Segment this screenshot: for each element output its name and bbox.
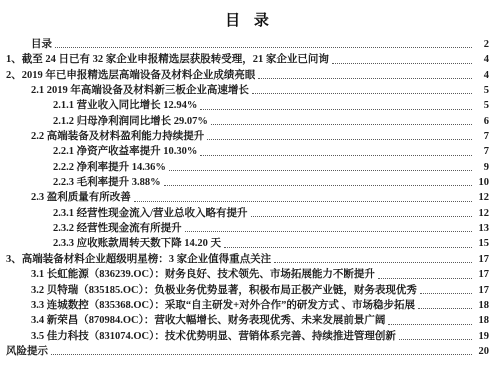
toc-entry-page-number: 17 bbox=[475, 254, 489, 265]
dot-leader bbox=[207, 139, 472, 140]
toc-entry[interactable]: 2.3.3 应收账款周转天数下降 14.20 天15 bbox=[6, 235, 489, 250]
dot-leader bbox=[200, 155, 472, 156]
toc-entry-page-number: 20 bbox=[475, 346, 489, 357]
toc-entry[interactable]: 2.1 2019 年高端设备及材料新三板企业高速增长5 bbox=[6, 82, 489, 97]
toc-entry-page-number: 15 bbox=[475, 238, 489, 249]
toc-entry-page-number: 6 bbox=[475, 116, 489, 127]
toc-entry-page-number: 5 bbox=[475, 85, 489, 96]
toc-entry[interactable]: 3、高端装备材料企业超级明星榜：3 家企业值得重点关注17 bbox=[6, 251, 489, 266]
toc-entry-label: 3.3 连城数控（835368.OC）：采取“自主研发+对外合作”的研发方式 、… bbox=[31, 297, 415, 312]
toc-entry-label: 2.3 盈利质量有所改善 bbox=[31, 189, 131, 204]
toc-entry[interactable]: 2.3.2 经营性现金流有所提升13 bbox=[6, 220, 489, 235]
toc-entry[interactable]: 2.2.1 净资产收益率提升 10.30%7 bbox=[6, 143, 489, 158]
toc-entry-page-number: 7 bbox=[475, 146, 489, 157]
toc-entry-label: 目录 bbox=[31, 36, 52, 51]
toc-entry-page-number: 12 bbox=[475, 208, 489, 219]
toc-entry-label: 2.3.3 应收账款周转天数下降 14.20 天 bbox=[53, 235, 221, 250]
dot-leader bbox=[134, 201, 472, 202]
toc-entry[interactable]: 3.2 贝特瑞（835185.OC）：负极业务优势显著，积极布局正极产业链，财务… bbox=[6, 282, 489, 297]
toc-entry[interactable]: 3.4 新荣昌（870984.OC）：营收大幅增长、财务表现优秀、未来发展前景广… bbox=[6, 312, 489, 327]
toc-entry[interactable]: 目录2 bbox=[6, 36, 489, 51]
toc-entry[interactable]: 风险提示20 bbox=[6, 343, 489, 358]
toc-entry[interactable]: 2.2.3 毛利率提升 3.88%10 bbox=[6, 174, 489, 189]
dot-leader bbox=[211, 124, 472, 125]
toc-entry-label: 2.1.2 归母净利润同比增长 29.07% bbox=[53, 113, 208, 128]
toc-entry-label: 2.2.2 净利率提升 14.36% bbox=[53, 159, 166, 174]
toc-entry-page-number: 9 bbox=[475, 162, 489, 173]
toc-entry-label: 3.2 贝特瑞（835185.OC）：负极业务优势显著，积极布局正极产业链，财务… bbox=[31, 282, 417, 297]
toc-entry-page-number: 17 bbox=[475, 285, 489, 296]
dot-leader bbox=[185, 231, 472, 232]
toc-entry-label: 2.1.1 营业收入同比增长 12.94% bbox=[53, 97, 197, 112]
dot-leader bbox=[251, 216, 472, 217]
dot-leader bbox=[51, 354, 472, 355]
toc-entry-page-number: 10 bbox=[475, 177, 489, 188]
toc-entry-label: 3.5 佳力科技（831074.OC）：技术优势明显、营销体系完善、持续推进管理… bbox=[31, 328, 396, 343]
dot-leader bbox=[378, 278, 472, 279]
toc-entry[interactable]: 2.3 盈利质量有所改善12 bbox=[6, 189, 489, 204]
dot-leader bbox=[200, 109, 472, 110]
toc-entry[interactable]: 2.3.1 经营性现金流入/营业总收入略有提升12 bbox=[6, 205, 489, 220]
toc-entry[interactable]: 2.2.2 净利率提升 14.36%9 bbox=[6, 159, 489, 174]
toc-entry-label: 2.2 高端装备及材料盈利能力持续提升 bbox=[31, 128, 204, 143]
toc-entry-label: 风险提示 bbox=[6, 343, 48, 358]
toc-entry-label: 1、截至 24 日已有 32 家企业申报精选层获股转受理，21 家企业已问询 bbox=[6, 51, 329, 66]
dot-leader bbox=[388, 324, 472, 325]
toc-entry[interactable]: 2.1.1 营业收入同比增长 12.94%5 bbox=[6, 97, 489, 112]
toc-entry-page-number: 18 bbox=[475, 300, 489, 311]
dot-leader bbox=[55, 47, 472, 48]
toc-entry[interactable]: 1、截至 24 日已有 32 家企业申报精选层获股转受理，21 家企业已问询4 bbox=[6, 51, 489, 66]
toc-list: 目录21、截至 24 日已有 32 家企业申报精选层获股转受理，21 家企业已问… bbox=[0, 36, 499, 358]
dot-leader bbox=[169, 170, 472, 171]
toc-entry-label: 3.1 长虹能源（836239.OC）：财务良好、技术领先、市场拓展能力不断提升 bbox=[31, 266, 375, 281]
toc-entry-label: 2.2.1 净资产收益率提升 10.30% bbox=[53, 143, 197, 158]
toc-entry-label: 3、高端装备材料企业超级明星榜：3 家企业值得重点关注 bbox=[6, 251, 271, 266]
toc-entry[interactable]: 2.2 高端装备及材料盈利能力持续提升7 bbox=[6, 128, 489, 143]
toc-page: 目 录 目录21、截至 24 日已有 32 家企业申报精选层获股转受理，21 家… bbox=[0, 0, 499, 381]
toc-entry-label: 2.1 2019 年高端设备及材料新三板企业高速增长 bbox=[31, 82, 249, 97]
dot-leader bbox=[258, 78, 472, 79]
toc-entry-label: 2.3.2 经营性现金流有所提升 bbox=[53, 220, 182, 235]
toc-entry-label: 3.4 新荣昌（870984.OC）：营收大幅增长、财务表现优秀、未来发展前景广… bbox=[31, 312, 385, 327]
toc-entry-label: 2、2019 年已申报精选层高端设备及材料企业成绩亮眼 bbox=[6, 67, 255, 82]
page-title: 目 录 bbox=[0, 9, 499, 30]
dot-leader bbox=[332, 63, 472, 64]
toc-entry-page-number: 13 bbox=[475, 223, 489, 234]
toc-entry-page-number: 17 bbox=[475, 269, 489, 280]
dot-leader bbox=[420, 293, 472, 294]
dot-leader bbox=[224, 247, 472, 248]
toc-entry-page-number: 2 bbox=[475, 39, 489, 50]
toc-entry-page-number: 7 bbox=[475, 131, 489, 142]
toc-entry[interactable]: 2、2019 年已申报精选层高端设备及材料企业成绩亮眼4 bbox=[6, 67, 489, 82]
toc-entry[interactable]: 2.1.2 归母净利润同比增长 29.07%6 bbox=[6, 113, 489, 128]
toc-entry-label: 2.2.3 毛利率提升 3.88% bbox=[53, 174, 161, 189]
dot-leader bbox=[274, 262, 472, 263]
toc-entry[interactable]: 3.3 连城数控（835368.OC）：采取“自主研发+对外合作”的研发方式 、… bbox=[6, 297, 489, 312]
toc-entry-page-number: 4 bbox=[475, 70, 489, 81]
toc-entry[interactable]: 3.1 长虹能源（836239.OC）：财务良好、技术领先、市场拓展能力不断提升… bbox=[6, 266, 489, 281]
toc-entry-label: 2.3.1 经营性现金流入/营业总收入略有提升 bbox=[53, 205, 248, 220]
toc-entry-page-number: 19 bbox=[475, 331, 489, 342]
dot-leader bbox=[399, 339, 472, 340]
dot-leader bbox=[418, 308, 472, 309]
toc-entry-page-number: 18 bbox=[475, 315, 489, 326]
toc-entry-page-number: 5 bbox=[475, 100, 489, 111]
toc-entry-page-number: 4 bbox=[475, 54, 489, 65]
toc-entry-page-number: 12 bbox=[475, 192, 489, 203]
dot-leader bbox=[252, 93, 472, 94]
toc-entry[interactable]: 3.5 佳力科技（831074.OC）：技术优势明显、营销体系完善、持续推进管理… bbox=[6, 328, 489, 343]
dot-leader bbox=[164, 185, 472, 186]
